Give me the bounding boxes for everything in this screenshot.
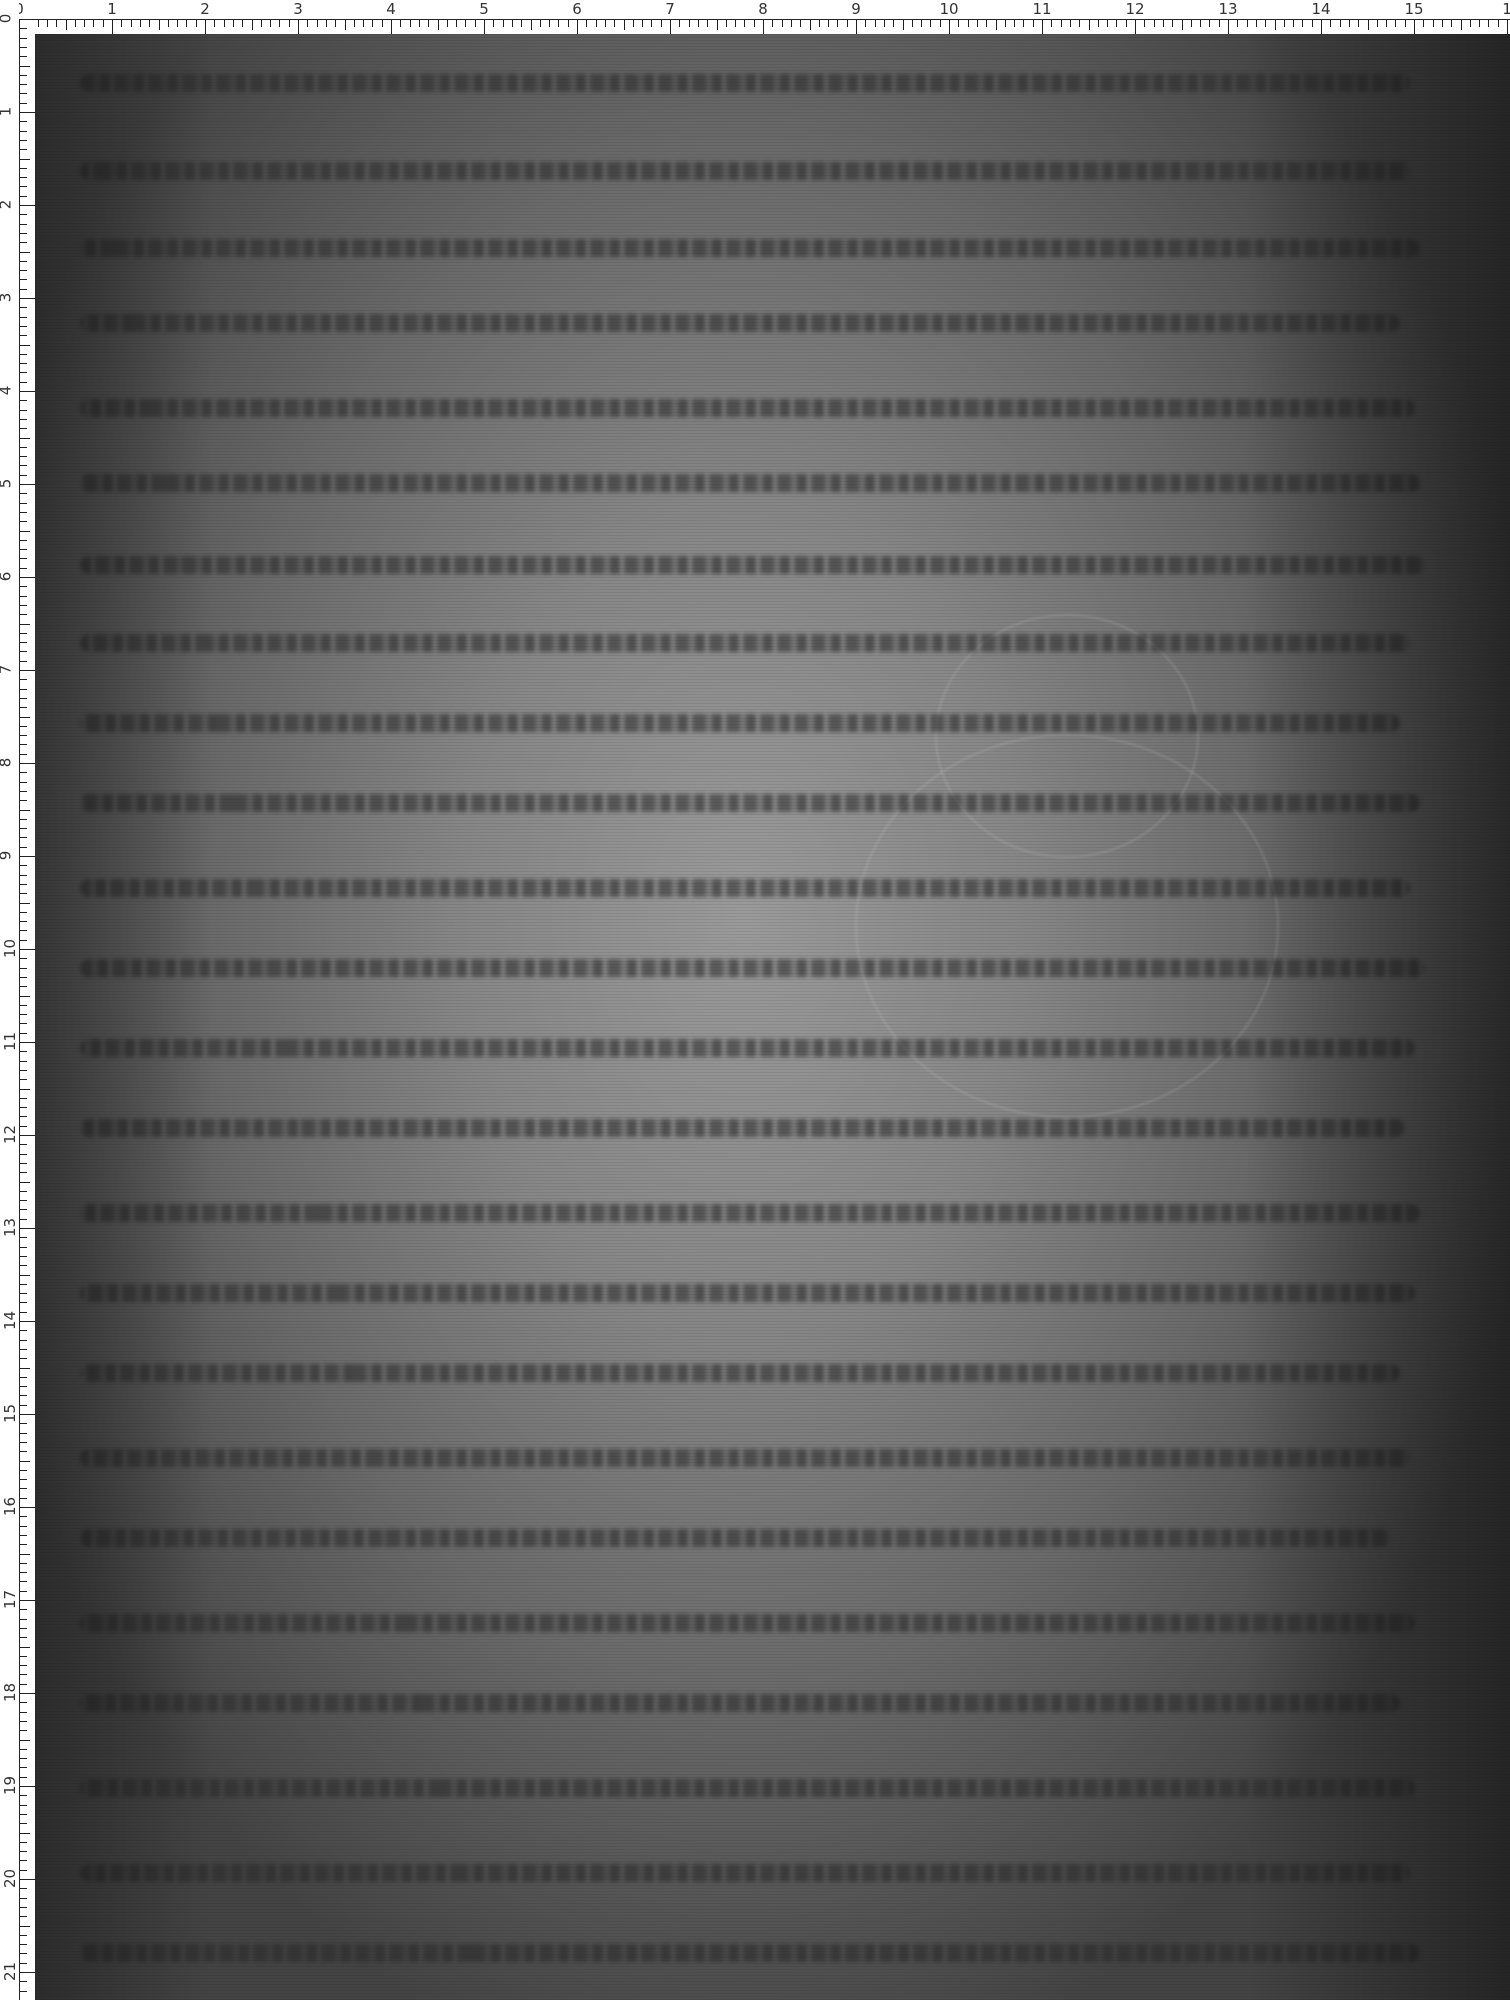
ruler-label: 3	[0, 293, 13, 303]
ruler-label: 7	[665, 2, 675, 17]
ruler-tick	[363, 20, 364, 27]
manuscript-text-line	[80, 634, 1410, 652]
ruler-tick	[242, 20, 243, 27]
ruler-tick	[20, 1461, 30, 1462]
ruler-tick	[20, 1860, 27, 1861]
ruler-tick	[20, 1098, 27, 1099]
ruler-label: 9	[851, 2, 861, 17]
ruler-tick	[20, 633, 27, 634]
ruler-tick	[1005, 20, 1006, 27]
ruler-tick	[382, 20, 383, 27]
ruler-tick	[400, 20, 401, 27]
manuscript-text-line	[80, 556, 1425, 574]
ruler-tick	[335, 20, 336, 27]
ruler-tick	[1172, 20, 1173, 27]
ruler-tick	[159, 20, 160, 30]
ruler-label: 1	[1502, 2, 1510, 17]
ruler-tick	[20, 345, 30, 346]
ruler-tick	[1191, 20, 1192, 27]
manuscript-text-line	[80, 1449, 1410, 1467]
ruler-tick	[1405, 20, 1406, 27]
ruler-tick	[20, 958, 27, 959]
ruler-tick	[782, 20, 783, 27]
ruler-tick	[20, 1674, 27, 1675]
ruler-tick	[75, 20, 76, 27]
ruler-tick	[1042, 20, 1043, 35]
ruler-tick	[20, 1498, 27, 1499]
ruler-tick	[20, 1712, 27, 1713]
ruler-tick	[20, 1981, 27, 1982]
ruler-tick	[20, 1247, 27, 1248]
ruler-tick	[20, 865, 27, 866]
ruler-tick	[20, 84, 27, 85]
ruler-tick	[20, 1358, 27, 1359]
ruler-tick	[20, 1163, 27, 1164]
ruler-tick	[270, 20, 271, 27]
ruler-tick	[20, 540, 27, 541]
ruler-tick	[1061, 20, 1062, 27]
ruler-label: 6	[572, 2, 582, 17]
ruler-tick	[1116, 20, 1117, 27]
ruler-tick	[1470, 20, 1471, 27]
ruler-tick	[20, 856, 35, 857]
ruler-tick	[20, 726, 27, 727]
ruler-tick	[661, 20, 662, 27]
ruler-tick	[93, 20, 94, 27]
ruler-tick	[614, 20, 615, 27]
ruler-tick	[20, 1172, 27, 1173]
manuscript-text-line	[80, 1204, 1420, 1222]
ruler-tick	[20, 1144, 27, 1145]
ruler-tick	[298, 20, 299, 35]
ruler-tick	[484, 20, 485, 35]
ruler-tick	[345, 20, 346, 30]
ruler-tick	[20, 307, 27, 308]
ruler-tick	[186, 20, 187, 27]
ruler-tick	[549, 20, 550, 27]
ruler-tick	[20, 1935, 27, 1936]
ruler-tick	[1488, 20, 1489, 27]
ruler-label: 0	[0, 14, 13, 24]
ruler-tick	[20, 177, 27, 178]
ruler-tick	[20, 28, 27, 29]
ruler-tick	[20, 1554, 30, 1555]
ruler-tick	[20, 186, 27, 187]
ruler-tick	[977, 20, 978, 27]
ruler-tick	[586, 20, 587, 27]
ruler-tick	[1209, 20, 1210, 27]
ruler-tick	[20, 438, 30, 439]
undertext-flourish	[855, 734, 1279, 1118]
ruler-label: 15	[1404, 2, 1423, 17]
ruler-tick	[20, 1228, 35, 1229]
ruler-tick	[20, 1395, 27, 1396]
ruler-tick	[20, 372, 27, 373]
manuscript-text-line	[80, 1944, 1420, 1962]
ruler-label: 8	[0, 758, 13, 768]
ruler-label: 14	[3, 1311, 18, 1330]
ruler-tick	[1479, 20, 1480, 27]
ruler-tick	[20, 1116, 27, 1117]
ruler-tick	[224, 20, 225, 27]
ruler-tick	[20, 1851, 27, 1852]
ruler-tick	[800, 20, 801, 27]
ruler-label: 5	[0, 479, 13, 489]
ruler-tick	[20, 986, 27, 987]
ruler-tick	[196, 20, 197, 27]
ruler-tick	[20, 1135, 35, 1136]
ruler-tick	[20, 800, 27, 801]
ruler-tick	[893, 20, 894, 27]
ruler-tick	[1256, 20, 1257, 27]
ruler-tick	[20, 828, 27, 829]
ruler-tick	[20, 1591, 27, 1592]
ruler-tick	[20, 1200, 27, 1201]
ruler-tick	[20, 661, 27, 662]
ruler-tick	[1051, 20, 1052, 27]
ruler-tick	[20, 1061, 27, 1062]
ruler-tick	[20, 1786, 35, 1787]
ruler-tick	[20, 1535, 27, 1536]
manuscript-text-line	[80, 1119, 1405, 1137]
ruler-tick	[20, 624, 30, 625]
ruler-label: 10	[939, 2, 958, 17]
ruler-tick	[20, 168, 27, 169]
ruler-tick	[20, 298, 35, 299]
ruler-tick	[20, 698, 27, 699]
ruler-tick	[20, 754, 27, 755]
ruler-tick	[20, 512, 27, 513]
ruler-label: 20	[3, 1869, 18, 1888]
ruler-tick	[20, 763, 35, 764]
ruler-tick	[20, 1275, 30, 1276]
ruler-tick	[577, 20, 578, 35]
ruler-tick	[20, 1953, 27, 1954]
ruler-tick	[968, 20, 969, 27]
ruler-label: 4	[0, 386, 13, 396]
ruler-tick	[1247, 20, 1248, 27]
ruler-tick	[503, 20, 504, 27]
ruler-tick	[20, 1870, 27, 1871]
ruler-tick	[1163, 20, 1164, 27]
ruler-tick	[20, 1442, 27, 1443]
ruler-tick	[20, 782, 27, 783]
ruler-tick	[1023, 20, 1024, 27]
ruler-tick	[20, 605, 27, 606]
ruler-tick	[20, 1070, 27, 1071]
ruler-tick	[20, 233, 27, 234]
ruler-tick	[20, 1507, 35, 1508]
ruler-tick	[651, 20, 652, 27]
ruler-label: 14	[1311, 2, 1330, 17]
ruler-tick	[1358, 20, 1359, 27]
ruler-tick	[20, 1516, 27, 1517]
ruler-tick	[20, 261, 27, 262]
ruler-tick	[20, 363, 27, 364]
ruler-tick	[20, 679, 27, 680]
ruler-tick	[140, 20, 141, 27]
ruler-tick	[20, 1014, 27, 1015]
ruler-tick	[1200, 20, 1201, 27]
ruler-tick	[20, 354, 27, 355]
ruler-tick	[20, 903, 30, 904]
ruler-tick	[20, 335, 27, 336]
ruler-tick	[20, 19, 35, 20]
ruler-tick	[20, 38, 27, 39]
ruler-tick	[447, 20, 448, 27]
ruler-tick	[996, 20, 997, 30]
ruler-tick	[20, 400, 27, 401]
ruler-tick	[20, 1126, 27, 1127]
ruler-tick	[1098, 20, 1099, 27]
ruler-tick	[20, 1749, 27, 1750]
ruler-tick	[38, 20, 39, 27]
ruler-tick	[326, 20, 327, 27]
ruler-tick	[1368, 20, 1369, 30]
ruler-tick	[1089, 20, 1090, 30]
manuscript-text-line	[80, 1864, 1410, 1882]
ruler-tick	[754, 20, 755, 27]
ruler-tick	[20, 66, 30, 67]
ruler-tick	[20, 1907, 27, 1908]
ruler-tick	[20, 577, 35, 578]
ruler-tick	[20, 1628, 27, 1629]
ruler-tick	[1182, 20, 1183, 30]
ruler-tick	[698, 20, 699, 27]
manuscript-text-line	[80, 1364, 1400, 1382]
ruler-tick	[20, 772, 27, 773]
ruler-tick	[568, 20, 569, 27]
ruler-tick	[20, 1656, 27, 1657]
ruler-label: 12	[1125, 2, 1144, 17]
ruler-tick	[20, 428, 27, 429]
ruler-tick	[456, 20, 457, 27]
ruler-tick	[20, 1833, 30, 1834]
ruler-tick	[20, 1405, 27, 1406]
ruler-tick	[20, 196, 27, 197]
ruler-label: 2	[200, 2, 210, 17]
ruler-tick	[20, 1293, 27, 1294]
ruler-tick	[20, 1637, 27, 1638]
ruler-tick	[20, 744, 27, 745]
ruler-tick	[20, 847, 27, 848]
ruler-tick	[410, 20, 411, 27]
ruler-tick	[20, 837, 27, 838]
ruler-tick	[20, 1814, 27, 1815]
ruler-tick	[20, 1740, 30, 1741]
ruler-tick	[20, 717, 30, 718]
ruler-tick	[865, 20, 866, 27]
ruler-tick	[20, 735, 27, 736]
ruler-tick	[20, 1600, 35, 1601]
ruler-tick	[810, 20, 811, 30]
ruler-tick	[20, 475, 27, 476]
ruler-tick	[20, 1256, 27, 1257]
ruler-tick	[205, 20, 206, 35]
ruler-label: 4	[386, 2, 396, 17]
ruler-tick	[20, 670, 35, 671]
ruler-tick	[20, 819, 27, 820]
ruler-tick	[744, 20, 745, 27]
ruler-tick	[20, 1051, 27, 1052]
ruler-tick	[20, 47, 27, 48]
ruler-tick	[1377, 20, 1378, 27]
ruler-tick	[20, 1544, 27, 1545]
ruler-tick	[103, 20, 104, 27]
ruler-tick	[20, 121, 27, 122]
ruler-tick	[20, 410, 27, 411]
ruler-tick	[20, 968, 27, 969]
ruler-tick	[84, 20, 85, 27]
ruler-tick	[20, 949, 35, 950]
ruler-tick	[20, 1647, 30, 1648]
ruler-tick	[1442, 20, 1443, 27]
ruler-tick	[20, 1042, 35, 1043]
ruler-tick	[20, 1265, 27, 1266]
ruler-tick	[20, 1340, 27, 1341]
ruler-tick	[1321, 20, 1322, 35]
ruler-tick	[20, 1349, 27, 1350]
ruler-tick	[1330, 20, 1331, 27]
ruler-tick	[20, 1377, 27, 1378]
ruler-tick	[20, 1033, 27, 1034]
manuscript-text-line	[80, 474, 1420, 492]
ruler-tick	[1144, 20, 1145, 27]
ruler-tick	[20, 279, 27, 280]
ruler-tick	[47, 20, 48, 27]
ruler-label: 8	[758, 2, 768, 17]
ruler-tick	[20, 456, 27, 457]
ruler-tick	[214, 20, 215, 27]
ruler-tick	[20, 447, 27, 448]
ruler-tick	[20, 224, 27, 225]
ruler-tick	[20, 1767, 27, 1768]
ruler-tick	[20, 503, 27, 504]
ruler-tick	[66, 20, 67, 30]
ruler-tick	[1340, 20, 1341, 27]
ruler-label: 1	[0, 107, 13, 117]
ruler-tick	[20, 1581, 27, 1582]
ruler-tick	[20, 596, 27, 597]
ruler-tick	[428, 20, 429, 27]
ruler-tick	[20, 1089, 30, 1090]
ruler-tick	[20, 977, 27, 978]
ruler-tick	[20, 1302, 27, 1303]
ruler-tick	[20, 1368, 30, 1369]
ruler-tick	[20, 921, 27, 922]
ruler-tick	[20, 521, 27, 522]
ruler-tick	[20, 1107, 27, 1108]
ruler-tick	[20, 1926, 30, 1927]
manuscript-scan	[35, 34, 1510, 2000]
manuscript-text-line	[80, 1614, 1415, 1632]
ruler-tick	[679, 20, 680, 27]
ruler-label: 9	[0, 851, 13, 861]
ruler-tick	[56, 20, 57, 27]
ruler-tick	[20, 289, 27, 290]
ruler-tick	[921, 20, 922, 27]
manuscript-text-line	[80, 1284, 1415, 1302]
ruler-tick	[20, 93, 27, 94]
ruler-tick	[20, 1386, 27, 1387]
ruler-tick	[233, 20, 234, 27]
ruler-tick	[20, 103, 27, 104]
ruler-tick	[475, 20, 476, 27]
ruler-tick	[20, 419, 27, 420]
ruler-tick	[20, 549, 27, 550]
ruler-tick	[20, 1219, 27, 1220]
ruler-label: 10	[3, 939, 18, 958]
ruler-tick	[20, 149, 27, 150]
ruler-tick	[20, 1888, 27, 1889]
ruler-tick	[531, 20, 532, 30]
ruler-tick	[20, 1312, 27, 1313]
ruler-tick	[20, 75, 27, 76]
manuscript-text-line	[80, 1694, 1400, 1712]
ruler-tick	[1507, 20, 1508, 35]
ruler-tick	[20, 493, 27, 494]
ruler-tick	[465, 20, 466, 27]
ruler-tick	[763, 20, 764, 35]
ruler-tick	[20, 140, 27, 141]
ruler-tick	[20, 326, 27, 327]
ruler-tick	[20, 586, 27, 587]
ruler-tick	[1414, 20, 1415, 35]
ruler-tick	[438, 20, 439, 30]
ruler-tick	[419, 20, 420, 27]
ruler-tick	[20, 1284, 27, 1285]
ruler-tick	[1349, 20, 1350, 27]
manuscript-text-line	[80, 74, 1410, 92]
ruler-tick	[20, 1619, 27, 1620]
ruler-tick	[20, 1005, 27, 1006]
ruler-tick	[20, 56, 27, 57]
ruler-tick	[20, 1879, 35, 1880]
manuscript-text-line	[80, 399, 1415, 417]
ruler-tick	[20, 1191, 27, 1192]
ruler-tick	[1433, 20, 1434, 27]
ruler-tick	[252, 20, 253, 30]
ruler-tick	[20, 131, 27, 132]
ruler-tick	[726, 20, 727, 27]
ruler-tick	[20, 1023, 27, 1024]
ruler-tick	[20, 1470, 27, 1471]
ruler-tick	[317, 20, 318, 27]
ruler-tick	[20, 791, 27, 792]
ruler-label: 5	[479, 2, 489, 17]
ruler-tick	[624, 20, 625, 30]
ruler-tick	[131, 20, 132, 27]
ruler-tick	[1461, 20, 1462, 30]
ruler-tick	[20, 1916, 27, 1917]
ruler-tick	[772, 20, 773, 27]
ruler-tick	[856, 20, 857, 35]
ruler-tick	[20, 1777, 27, 1778]
ruler-label: 18	[3, 1683, 18, 1702]
ruler-tick	[958, 20, 959, 27]
ruler-label: 17	[3, 1590, 18, 1609]
ruler-tick	[735, 20, 736, 27]
ruler-tick	[20, 1898, 27, 1899]
ruler-tick	[20, 1963, 27, 1964]
ruler-tick	[521, 20, 522, 27]
ruler-tick	[20, 1721, 27, 1722]
ruler-tick	[493, 20, 494, 27]
ruler-tick	[354, 20, 355, 27]
ruler-tick	[596, 20, 597, 27]
ruler-tick	[20, 205, 35, 206]
manuscript-text-line	[80, 1779, 1415, 1797]
